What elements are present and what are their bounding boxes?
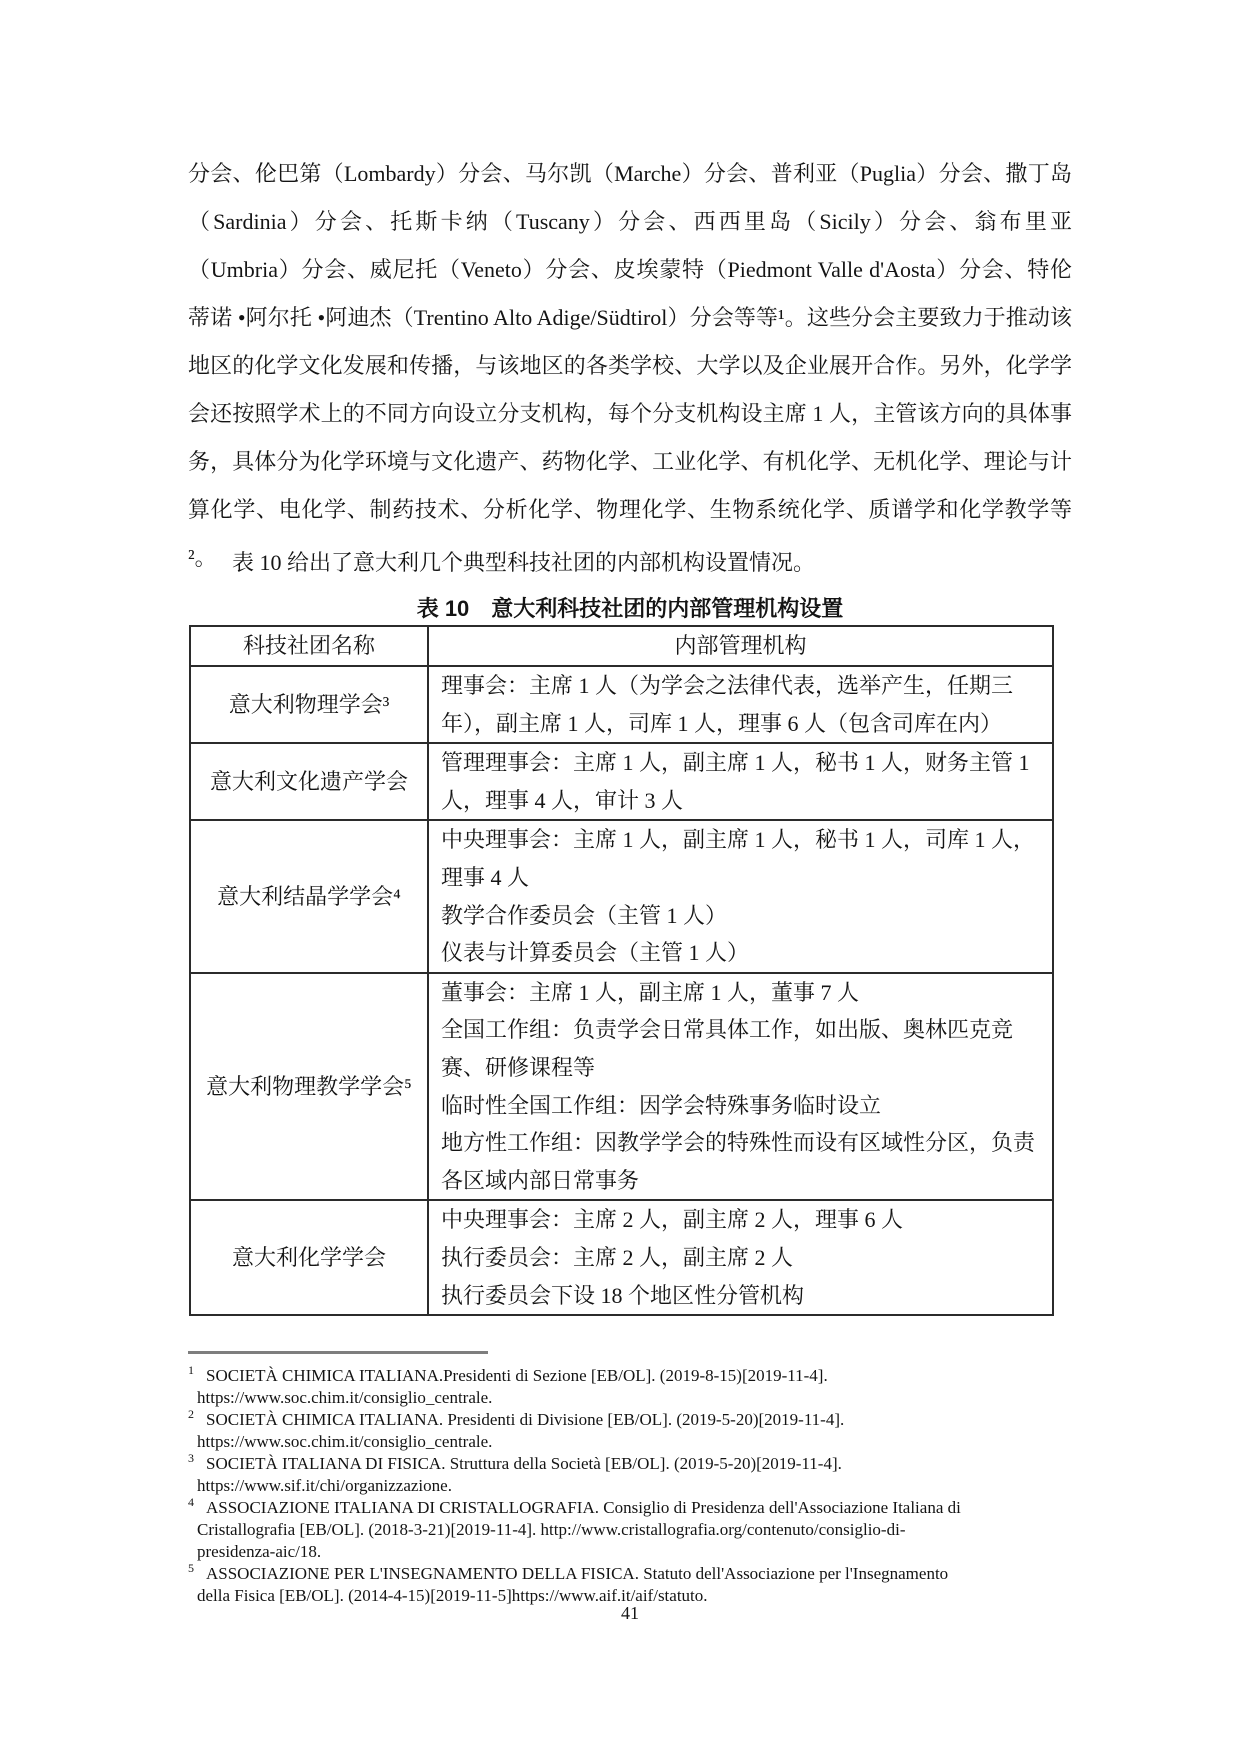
structure-paragraph: 地方性工作组：因教学学会的特殊性而设有区域性分区，负责各区域内部日常事务 <box>441 1124 1038 1199</box>
footnote-text: SOCIETÀ CHIMICA ITALIANA.Presidenti di S… <box>206 1366 828 1385</box>
societies-table: 科技社团名称 内部管理机构 意大利物理学会³ 理事会：主席 1 人（为学会之法律… <box>189 625 1054 1316</box>
footnote: 5ASSOCIAZIONE PER L'INSEGNAMENTO DELLA F… <box>188 1563 1088 1607</box>
footnote-separator <box>188 1351 488 1354</box>
footnote: 1SOCIETÀ CHIMICA ITALIANA.Presidenti di … <box>188 1365 1088 1409</box>
societies-table-section: 科技社团名称 内部管理机构 意大利物理学会³ 理事会：主席 1 人（为学会之法律… <box>189 625 1054 1316</box>
structure-cell: 董事会：主席 1 人，副主席 1 人，董事 7 人 全国工作组：负责学会日常具体… <box>428 973 1053 1201</box>
structure-paragraph: 全国工作组：负责学会日常具体工作，如出版、奥林匹克竞赛、研修课程等 <box>441 1011 1038 1086</box>
page-number: 41 <box>621 1603 639 1623</box>
table-caption: 表 10 意大利科技社团的内部管理机构设置 <box>188 592 1072 623</box>
footnote-line: https://www.soc.chim.it/consiglio_centra… <box>197 1387 1088 1409</box>
structure-paragraph: 董事会：主席 1 人，副主席 1 人，董事 7 人 <box>441 974 1038 1012</box>
footnote-line: https://www.soc.chim.it/consiglio_centra… <box>197 1431 1088 1453</box>
structure-paragraph: 管理理事会：主席 1 人，副主席 1 人，秘书 1 人，财务主管 1 人，理事 … <box>441 744 1038 819</box>
structure-cell: 中央理事会：主席 2 人，副主席 2 人，理事 6 人 执行委员会：主席 2 人… <box>428 1200 1053 1315</box>
table-header-row: 科技社团名称 内部管理机构 <box>190 626 1053 666</box>
footnote-text: SOCIETÀ ITALIANA DI FISICA. Struttura de… <box>206 1454 842 1473</box>
footnote-line: 5ASSOCIAZIONE PER L'INSEGNAMENTO DELLA F… <box>188 1563 1088 1585</box>
footnote: 2SOCIETÀ CHIMICA ITALIANA. Presidenti di… <box>188 1409 1088 1453</box>
footnote-marker: 2 <box>188 1407 194 1421</box>
footnote-line: 3SOCIETÀ ITALIANA DI FISICA. Struttura d… <box>188 1453 1088 1475</box>
footnote-line: 2SOCIETÀ CHIMICA ITALIANA. Presidenti di… <box>188 1409 1088 1431</box>
footnotes-section: 1SOCIETÀ CHIMICA ITALIANA.Presidenti di … <box>188 1365 1088 1607</box>
footnote-line: Cristallografia [EB/OL]. (2018-3-21)[201… <box>197 1519 1088 1541</box>
structure-cell: 理事会：主席 1 人（为学会之法律代表，选举产生，任期三年），副主席 1 人，司… <box>428 666 1053 743</box>
footnote-text: ASSOCIAZIONE ITALIANA DI CRISTALLOGRAFIA… <box>206 1498 961 1517</box>
footnote: 4ASSOCIAZIONE ITALIANA DI CRISTALLOGRAFI… <box>188 1497 1088 1563</box>
structure-paragraph: 中央理事会：主席 1 人，副主席 1 人，秘书 1 人，司库 1 人，理事 4 … <box>441 821 1038 896</box>
structure-paragraph: 执行委员会：主席 2 人，副主席 2 人 <box>441 1239 1038 1277</box>
structure-paragraph: 理事会：主席 1 人（为学会之法律代表，选举产生，任期三年），副主席 1 人，司… <box>441 667 1038 742</box>
footnote-marker: 3 <box>188 1451 194 1465</box>
body-paragraph-intro: 表 10 给出了意大利几个典型科技社团的内部机构设置情况。 <box>188 539 1072 587</box>
structure-cell: 中央理事会：主席 1 人，副主席 1 人，秘书 1 人，司库 1 人，理事 4 … <box>428 820 1053 972</box>
footnote-marker: 4 <box>188 1495 194 1509</box>
page-footer: 41 <box>188 1603 1072 1624</box>
table-row: 意大利物理学会³ 理事会：主席 1 人（为学会之法律代表，选举产生，任期三年），… <box>190 666 1053 743</box>
footnote-text: SOCIETÀ CHIMICA ITALIANA. Presidenti di … <box>206 1410 844 1429</box>
society-name-cell: 意大利化学学会 <box>190 1200 428 1315</box>
col-header-society-name: 科技社团名称 <box>190 626 428 666</box>
footnote-line: https://www.sif.it/chi/organizzazione. <box>197 1475 1088 1497</box>
structure-paragraph: 教学合作委员会（主管 1 人） <box>441 897 1038 935</box>
table-row: 意大利文化遗产学会 管理理事会：主席 1 人，副主席 1 人，秘书 1 人，财务… <box>190 743 1053 820</box>
footnote-marker: 1 <box>188 1363 194 1377</box>
footnote-marker: 5 <box>188 1561 194 1575</box>
footnote: 3SOCIETÀ ITALIANA DI FISICA. Struttura d… <box>188 1453 1088 1497</box>
structure-paragraph: 临时性全国工作组：因学会特殊事务临时设立 <box>441 1087 1038 1125</box>
footnote-text: ASSOCIAZIONE PER L'INSEGNAMENTO DELLA FI… <box>206 1564 948 1583</box>
col-header-internal-structure: 内部管理机构 <box>428 626 1053 666</box>
society-name-cell: 意大利物理学会³ <box>190 666 428 743</box>
table-row: 意大利结晶学学会⁴ 中央理事会：主席 1 人，副主席 1 人，秘书 1 人，司库… <box>190 820 1053 972</box>
structure-paragraph: 中央理事会：主席 2 人，副主席 2 人，理事 6 人 <box>441 1201 1038 1239</box>
footnote-line: 1SOCIETÀ CHIMICA ITALIANA.Presidenti di … <box>188 1365 1088 1387</box>
society-name-cell: 意大利文化遗产学会 <box>190 743 428 820</box>
society-name-cell: 意大利物理教学学会⁵ <box>190 973 428 1201</box>
document-page: 分会、伦巴第（Lombardy）分会、马尔凯（Marche）分会、普利亚（Pug… <box>0 0 1240 1753</box>
structure-paragraph: 仪表与计算委员会（主管 1 人） <box>441 934 1038 972</box>
body-paragraph-continued: 分会、伦巴第（Lombardy）分会、马尔凯（Marche）分会、普利亚（Pug… <box>188 150 1072 582</box>
table-row: 意大利物理教学学会⁵ 董事会：主席 1 人，副主席 1 人，董事 7 人 全国工… <box>190 973 1053 1201</box>
structure-cell: 管理理事会：主席 1 人，副主席 1 人，秘书 1 人，财务主管 1 人，理事 … <box>428 743 1053 820</box>
footnote-line: 4ASSOCIAZIONE ITALIANA DI CRISTALLOGRAFI… <box>188 1497 1088 1519</box>
society-name-cell: 意大利结晶学学会⁴ <box>190 820 428 972</box>
table-row: 意大利化学学会 中央理事会：主席 2 人，副主席 2 人，理事 6 人 执行委员… <box>190 1200 1053 1315</box>
structure-paragraph: 执行委员会下设 18 个地区性分管机构 <box>441 1277 1038 1315</box>
footnote-line: presidenza-aic/18. <box>197 1541 1088 1563</box>
